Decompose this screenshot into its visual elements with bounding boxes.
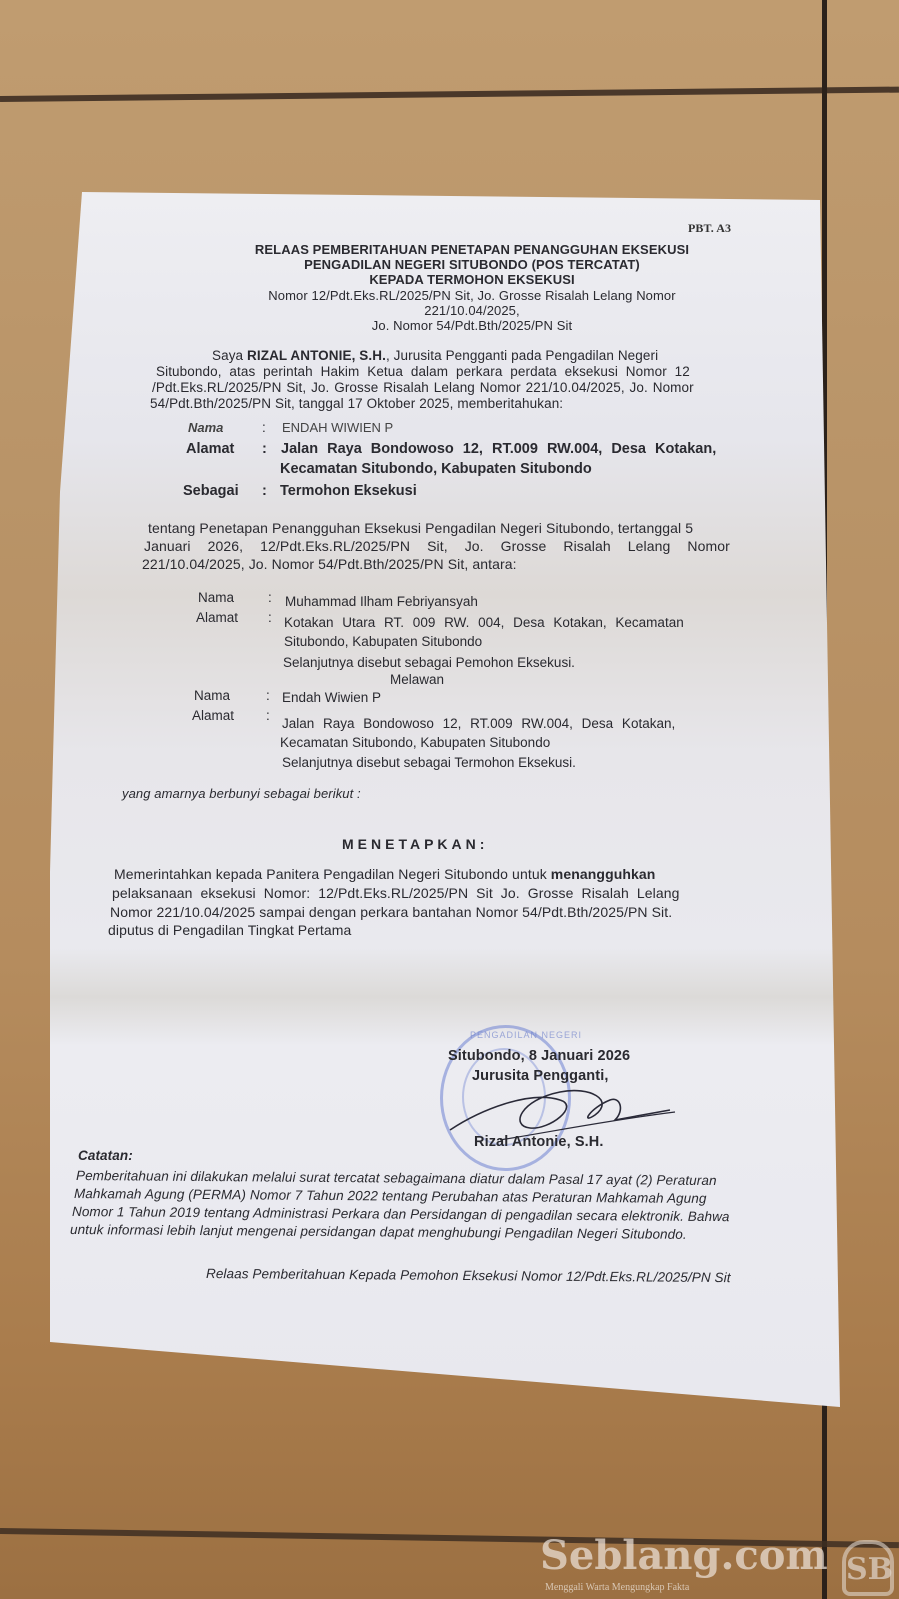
decision-line-3: Nomor 221/10.04/2025 sampai dengan perka… bbox=[110, 904, 672, 920]
recipient-address-label: Alamat bbox=[186, 441, 234, 457]
notes-line-2: Mahkamah Agung (PERMA) Nomor 7 Tahun 202… bbox=[74, 1186, 707, 1206]
signature-name: Rizal Antonie, S.H. bbox=[474, 1134, 603, 1150]
form-code: PBT. A3 bbox=[688, 221, 731, 236]
recipient-address-line-2: Kecamatan Situbondo, Kabupaten Situbondo bbox=[280, 461, 592, 477]
intro-line-2: Situbondo, atas perintah Hakim Ketua dal… bbox=[156, 364, 690, 379]
party2-address-label: Alamat bbox=[192, 708, 234, 723]
intro-line-1: Saya RIZAL ANTONIE, S.H., Jurusita Pengg… bbox=[212, 348, 658, 363]
case-number-line-3: Jo. Nomor 54/Pdt.Bth/2025/PN Sit bbox=[212, 318, 732, 333]
case-number-line-1: Nomor 12/Pdt.Eks.RL/2025/PN Sit, Jo. Gro… bbox=[212, 288, 732, 303]
party2-note: Selanjutnya disebut sebagai Termohon Eks… bbox=[282, 755, 576, 770]
intro-line-4: 54/Pdt.Bth/2025/PN Sit, tanggal 17 Oktob… bbox=[150, 396, 563, 411]
party1-address-line-2: Situbondo, Kabupaten Situbondo bbox=[284, 634, 482, 649]
party1-name: Muhammad Ilham Febriyansyah bbox=[285, 594, 478, 609]
court-stamp-text: PENGADILAN NEGERI bbox=[470, 1030, 582, 1040]
notes-line-4: untuk informasi lebih lanjut mengenai pe… bbox=[70, 1222, 687, 1242]
party2-name: Endah Wiwien P bbox=[282, 690, 381, 705]
decision-heading: MENETAPKAN: bbox=[342, 836, 488, 852]
decision-line-4: diputus di Pengadilan Tingkat Pertama bbox=[108, 922, 351, 938]
document-title-line-2: PENGADILAN NEGERI SITUBONDO (POS TERCATA… bbox=[222, 257, 722, 272]
versus-label: Melawan bbox=[390, 672, 444, 687]
party1-name-label: Nama bbox=[198, 590, 234, 605]
notes-footer: Relaas Pemberitahuan Kepada Pemohon Ekse… bbox=[206, 1266, 731, 1285]
document-title-line-1: RELAAS PEMBERITAHUAN PENETAPAN PENANGGUH… bbox=[222, 242, 722, 257]
party2-name-label: Nama bbox=[194, 688, 230, 703]
decision-line-2: pelaksanaan eksekusi Nomor: 12/Pdt.Eks.R… bbox=[112, 885, 680, 901]
decision-line-1: Memerintahkan kepada Panitera Pengadilan… bbox=[114, 866, 655, 882]
amar-intro: yang amarnya berbunyi sebagai berikut : bbox=[122, 786, 361, 801]
document-title-line-3: KEPADA TERMOHON EKSEKUSI bbox=[222, 272, 722, 287]
party1-address-line-1: Kotakan Utara RT. 009 RW. 004, Desa Kota… bbox=[284, 615, 684, 630]
intro-line-3: /Pdt.Eks.RL/2025/PN Sit, Jo. Grosse Risa… bbox=[152, 380, 694, 395]
party2-address-line-1: Jalan Raya Bondowoso 12, RT.009 RW.004, … bbox=[282, 716, 675, 731]
about-line-3: 221/10.04/2025, Jo. Nomor 54/Pdt.Bth/202… bbox=[142, 556, 517, 572]
about-line-2: Januari 2026, 12/Pdt.Eks.RL/2025/PN Sit,… bbox=[144, 538, 730, 554]
notes-heading: Catatan: bbox=[78, 1148, 133, 1163]
brand-logo-icon: SB bbox=[842, 1540, 894, 1596]
party1-address-label: Alamat bbox=[196, 610, 238, 625]
party2-address-line-2: Kecamatan Situbondo, Kabupaten Situbondo bbox=[280, 735, 550, 750]
watermark-tagline: Menggali Warta Mengungkap Fakta bbox=[545, 1582, 689, 1593]
watermark-brand: Seblang.com bbox=[540, 1532, 828, 1579]
recipient-name-label: Nama bbox=[188, 420, 223, 435]
signature-place-date: Situbondo, 8 Januari 2026 bbox=[448, 1048, 630, 1064]
notes-line-3: Nomor 1 Tahun 2019 tentang Administrasi … bbox=[72, 1204, 730, 1224]
recipient-role-label: Sebagai bbox=[183, 483, 239, 499]
officer-name: RIZAL ANTONIE, S.H. bbox=[247, 348, 386, 363]
case-number-line-2: 221/10.04/2025, bbox=[212, 303, 732, 318]
decision-keyword: menangguhkan bbox=[551, 866, 656, 882]
court-notice-document: PBT. A3 RELAAS PEMBERITAHUAN PENETAPAN P… bbox=[0, 0, 899, 1599]
recipient-name: ENDAH WIWIEN P bbox=[282, 420, 393, 435]
notes-line-1: Pemberitahuan ini dilakukan melalui sura… bbox=[76, 1168, 717, 1188]
party1-note: Selanjutnya disebut sebagai Pemohon Ekse… bbox=[283, 655, 575, 670]
recipient-address-line-1: Jalan Raya Bondowoso 12, RT.009 RW.004, … bbox=[281, 441, 716, 457]
about-line-1: tentang Penetapan Penangguhan Eksekusi P… bbox=[148, 520, 693, 536]
recipient-role: Termohon Eksekusi bbox=[280, 483, 417, 499]
